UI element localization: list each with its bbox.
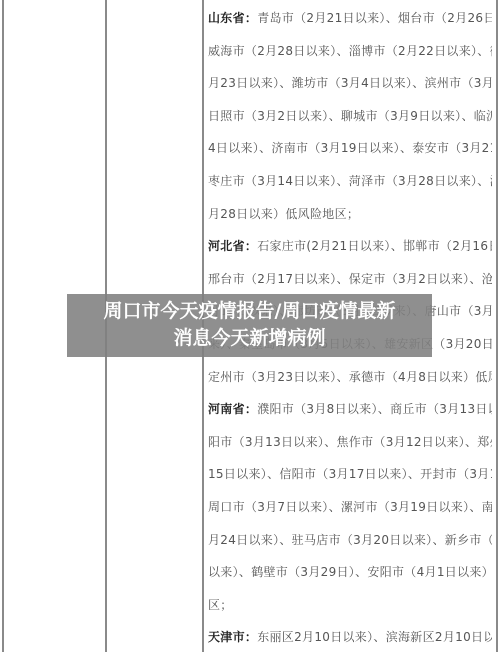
- text-line: 邢台市（2月17日以来）、保定市（3月2日以来）、沧州市（2: [208, 263, 492, 296]
- text-line: 阳市（3月13日以来）、焦作市（3月12日以来）、郑州市（3月: [208, 426, 492, 459]
- area-text: 15日以来）、信阳市（3月17日以来）、开封市（3月16日以来）、: [208, 467, 492, 481]
- table-border-left: [2, 0, 4, 652]
- text-line: 河北省：石家庄市(2月21日以来）、邯郸市（2月16日以来）、: [208, 230, 492, 263]
- area-text: 日照市（3月2日以来）、聊城市（3月9日以来）、临沂市（3月: [208, 109, 492, 123]
- text-line: 定州市（3月23日以来）、承德市（4月8日以来）低风险地区；: [208, 361, 492, 394]
- text-line: 河南省：濮阳市（3月8日以来）、商丘市（3月13日以来）、洛: [208, 393, 492, 426]
- area-text: 阳市（3月13日以来）、焦作市（3月12日以来）、郑州市（3月: [208, 435, 492, 449]
- area-text: 威海市（2月28日以来）、淄博市（2月22日以来）、德州市（2: [208, 44, 492, 58]
- area-text: 4日以来）、济南市（3月19日以来）、泰安市（3月21日以来）、: [208, 141, 492, 155]
- province-label: 山东省：: [208, 11, 257, 25]
- text-line: 威海市（2月28日以来）、淄博市（2月22日以来）、德州市（2: [208, 35, 492, 68]
- text-line: 日照市（3月2日以来）、聊城市（3月9日以来）、临沂市（3月: [208, 100, 492, 133]
- text-line: 月23日以来）、潍坊市（3月4日以来）、滨州市（3月8日以来）、: [208, 67, 492, 100]
- text-line: 月24日以来）、驻马店市（3月20日以来）、新乡市（3月28日: [208, 524, 492, 557]
- text-line: 4日以来）、济南市（3月19日以来）、泰安市（3月21日以来）、: [208, 132, 492, 165]
- table-border-right: [496, 0, 498, 652]
- text-line: 枣庄市（3月14日以来）、菏泽市（3月28日以来）、济宁市（3: [208, 165, 492, 198]
- area-text: 月28日以来）低风险地区；: [208, 207, 359, 221]
- area-text: 月24日以来）、驻马店市（3月20日以来）、新乡市（3月28日: [208, 533, 492, 547]
- text-line: 区；: [208, 589, 492, 622]
- article-title-banner[interactable]: 周口市今天疫情报告/周口疫情最新 消息今天新增病例: [67, 294, 432, 357]
- area-text: 邢台市（2月17日以来）、保定市（3月2日以来）、沧州市（2: [208, 272, 492, 286]
- area-text: 青岛市（2月21日以来）、烟台市（2月26日以来）、: [257, 11, 492, 25]
- area-text: 区；: [208, 598, 233, 612]
- text-line: 周口市（3月7日以来）、漯河市（3月19日以来）、南阳市（3: [208, 491, 492, 524]
- article-title-line-1: 周口市今天疫情报告/周口疫情最新: [67, 298, 432, 325]
- area-text: 石家庄市(2月21日以来）、邯郸市（2月16日以来）、: [257, 239, 492, 253]
- area-text: 周口市（3月7日以来）、漯河市（3月19日以来）、南阳市（3: [208, 500, 492, 514]
- text-line: 15日以来）、信阳市（3月17日以来）、开封市（3月16日以来）、: [208, 458, 492, 491]
- province-label: 河南省：: [208, 402, 257, 416]
- province-label: 河北省：: [208, 239, 257, 253]
- text-line: 山东省：青岛市（2月21日以来）、烟台市（2月26日以来）、: [208, 2, 492, 35]
- area-text: 枣庄市（3月14日以来）、菏泽市（3月28日以来）、济宁市（3: [208, 174, 492, 188]
- text-line: 以来）、鹤壁市（3月29日）、安阳市（4月1日以来）低风险地: [208, 556, 492, 589]
- province-label: 天津市：: [208, 630, 257, 644]
- area-text: 月23日以来）、潍坊市（3月4日以来）、滨州市（3月8日以来）、: [208, 76, 492, 90]
- area-text: 定州市（3月23日以来）、承德市（4月8日以来）低风险地区；: [208, 370, 492, 384]
- area-text: 东丽区2月10日以来）、滨海新区2月10日以来）、北: [257, 630, 492, 644]
- area-text: 濮阳市（3月8日以来）、商丘市（3月13日以来）、洛: [257, 402, 492, 416]
- text-line: 天津市：东丽区2月10日以来）、滨海新区2月10日以来）、北: [208, 621, 492, 652]
- area-text: 以来）、鹤壁市（3月29日）、安阳市（4月1日以来）低风险地: [208, 565, 492, 579]
- text-line: 月28日以来）低风险地区；: [208, 198, 492, 231]
- article-title-line-2: 消息今天新增病例: [67, 325, 432, 352]
